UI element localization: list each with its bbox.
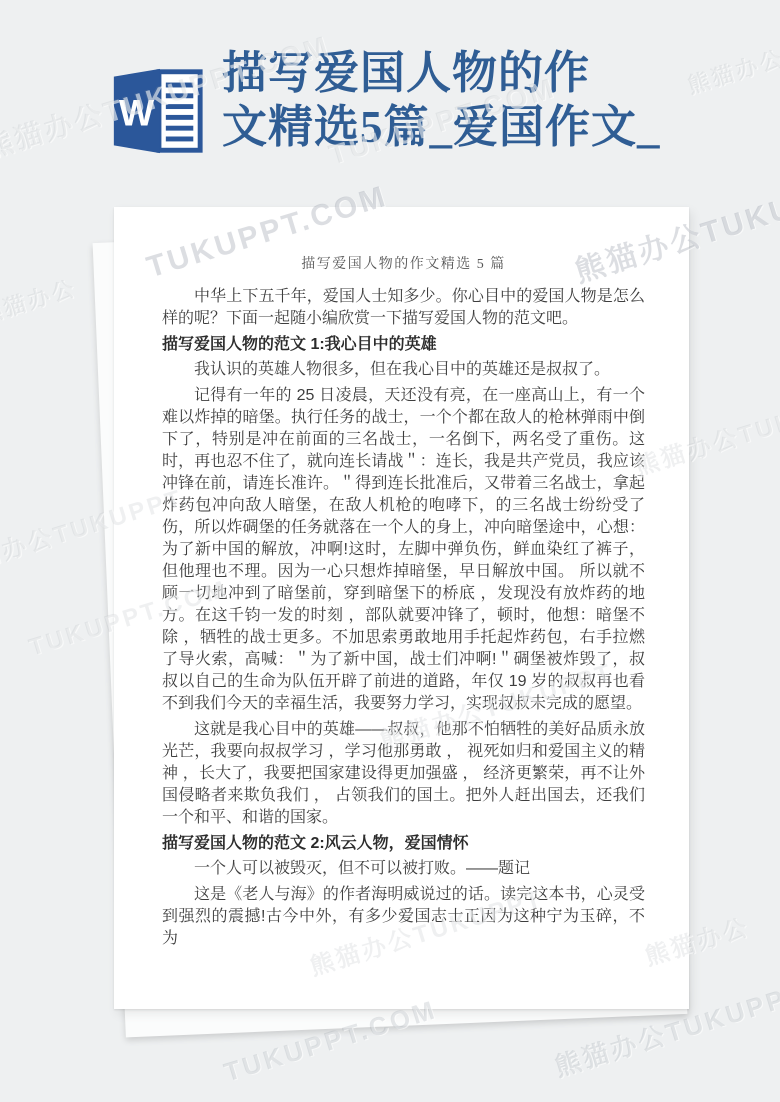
page-title-line1: 描写爱国人物的作 (222, 48, 590, 98)
doc-paragraph: 这就是我心目中的英雄——叔叔，他那不怕牺牲的美好品质永放光芒，我要向叔叔学习 ，… (162, 719, 645, 829)
doc-heading: 描写爱国人物的范文 1:我心目中的英雄 (162, 334, 645, 356)
doc-paragraph: 一个人可以被毁灭，但不可以被打败。——题记 (162, 858, 645, 880)
page-title-line2: 文精选5篇_爱国作文_ (222, 102, 661, 152)
document-page: 描写爱国人物的作文精选 5 篇 中华上下五千年，爱国人士知多少。你心目中的爱国人… (114, 207, 689, 1009)
word-icon-graphic: W (106, 60, 208, 162)
doc-heading: 描写爱国人物的范文 2:风云人物，爱国情怀 (162, 833, 645, 855)
doc-paragraph: 中华上下五千年，爱国人士知多少。你心目中的爱国人物是怎么样的呢？下面一起随小编欣… (162, 286, 645, 330)
page-title: 描写爱国人物的作 文精选5篇_爱国作文_ (222, 46, 712, 154)
doc-paragraph: 这是《老人与海》的作者海明威说过的话。读完这本书，心灵受到强烈的震撼!古今中外，… (162, 884, 645, 950)
document-preview: W 描写爱国人物的作 文精选5篇_爱国作文_ 描写爱国人物的作文精选 5 篇 中… (0, 0, 780, 1102)
word-file-icon: W (106, 60, 208, 162)
header-banner: W 描写爱国人物的作 文精选5篇_爱国作文_ (0, 0, 780, 205)
word-icon-letter: W (119, 92, 155, 134)
doc-paragraph: 记得有一年的 25 日凌晨，天还没有亮，在一座高山上，有一个难以炸掉的暗堡。执行… (162, 385, 645, 715)
doc-paragraph: 我认识的英雄人物很多，但在我心目中的英雄还是叔叔了。 (162, 359, 645, 381)
watermark-text: 熊猫办公 (0, 271, 80, 330)
doc-page-header: 描写爱国人物的作文精选 5 篇 (162, 253, 645, 273)
